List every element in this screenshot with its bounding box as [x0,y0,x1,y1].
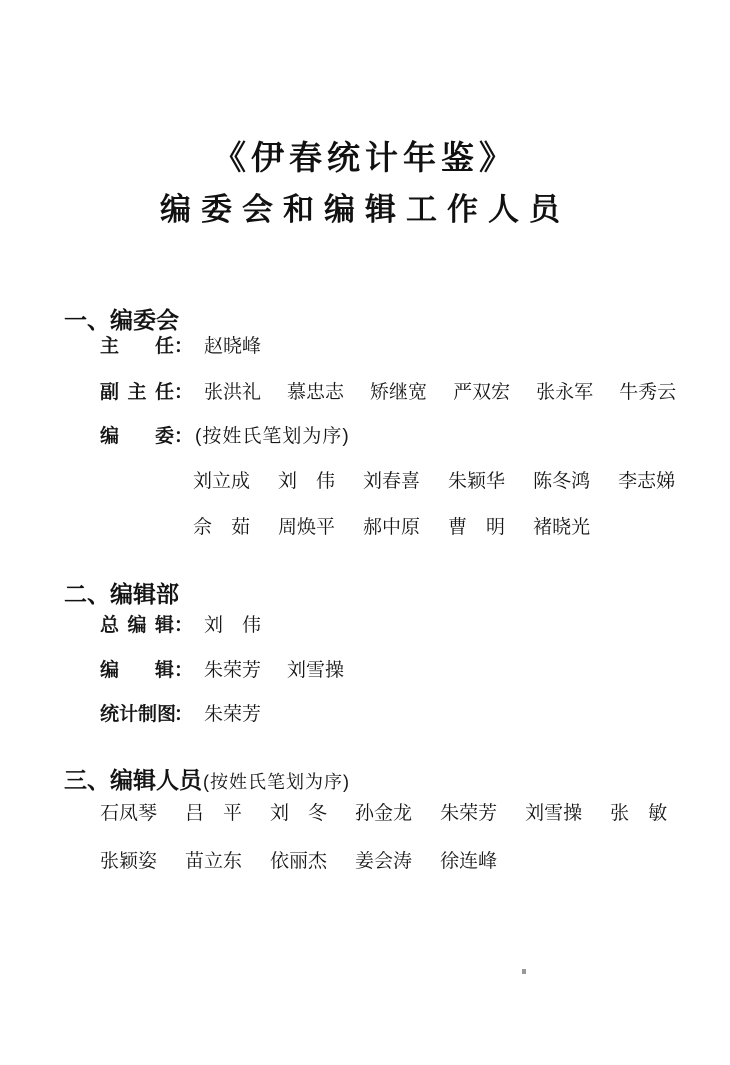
section-heading-editing-staff: 三、编辑人员 (按姓氏笔划为序) [64,762,350,795]
row-chief-editor: 总编辑： 刘 伟 [100,610,261,637]
row-director: 主任： 赵晓峰 [100,331,261,358]
person-name: 朱荣芳 [204,655,261,682]
colon: ： [174,331,193,358]
sorting-note: (按姓氏笔划为序) [195,421,350,448]
row-label: 主任 [100,331,174,358]
section-heading-editing-dept: 二、编辑部 [64,576,179,609]
name-list: 张洪礼慕忠志矫继宽严双宏张永军牛秀云 [204,377,676,404]
person-name: 石凤琴 [100,798,157,825]
name-list: 赵晓峰 [204,331,261,358]
person-name: 依丽杰 [270,846,327,873]
row-label: 编辑 [100,655,174,682]
person-name: 姜会涛 [355,846,412,873]
person-name: 刘 冬 [270,798,327,825]
person-name: 张洪礼 [204,377,261,404]
person-name: 郝中原 [363,512,420,539]
row-editors: 编辑： 朱荣芳刘雪操 [100,655,344,682]
row-label: 副主任 [100,377,174,404]
person-name: 陈冬鸿 [533,466,590,493]
person-name: 佘 茹 [193,512,250,539]
colon: ： [174,421,193,448]
title-line-2: 编委会和编辑工作人员 [0,191,730,228]
section-heading-text: 三、编辑人员 [64,762,202,795]
person-name: 刘春喜 [363,466,420,493]
person-name: 刘雪操 [287,655,344,682]
colon: ： [174,655,193,682]
person-name: 孙金龙 [355,798,412,825]
title-line-1: 《伊春统计年鉴》 [0,140,730,180]
person-name: 严双宏 [453,377,510,404]
person-name: 牛秀云 [619,377,676,404]
person-name: 刘立成 [193,466,250,493]
person-name: 曹 明 [448,512,505,539]
person-name: 张 敏 [610,798,667,825]
person-name: 刘 伟 [204,610,261,637]
colon: ： [174,699,193,726]
person-name: 刘 伟 [278,466,335,493]
colon: ： [174,377,193,404]
person-name: 李志娣 [618,466,675,493]
person-name: 苗立东 [185,846,242,873]
person-name: 褚晓光 [533,512,590,539]
row-label: 统计制图 [100,699,174,726]
page-title: 《伊春统计年鉴》 编委会和编辑工作人员 [0,140,730,228]
scan-speck [522,969,526,974]
row-deputy-directors: 副主任： 张洪礼慕忠志矫继宽严双宏张永军牛秀云 [100,377,676,404]
person-name: 慕忠志 [287,377,344,404]
person-name: 张永军 [536,377,593,404]
person-name: 徐连峰 [440,846,497,873]
person-name: 刘雪操 [525,798,582,825]
name-list: 刘 伟 [204,610,261,637]
person-name: 朱荣芳 [440,798,497,825]
row-statistical-charting: 统计制图： 朱荣芳 [100,699,261,726]
staff-name-list-2: 张颖姿苗立东依丽杰姜会涛徐连峰 [100,846,497,873]
row-label: 编委 [100,421,174,448]
person-name: 吕 平 [185,798,242,825]
person-name: 张颖姿 [100,846,157,873]
committee-name-list-2: 佘 茹周焕平郝中原曹 明褚晓光 [193,512,590,539]
person-name: 周焕平 [278,512,335,539]
person-name: 朱颖华 [448,466,505,493]
person-name: 矫继宽 [370,377,427,404]
name-list: 朱荣芳刘雪操 [204,655,344,682]
person-name: 赵晓峰 [204,331,261,358]
name-list: 朱荣芳 [204,699,261,726]
section-heading-text: 二、编辑部 [64,576,179,609]
colon: ： [174,610,193,637]
sorting-note: (按姓氏笔划为序) [203,768,350,794]
committee-name-list-1: 刘立成刘 伟刘春喜朱颖华陈冬鸿李志娣 [193,466,675,493]
person-name: 朱荣芳 [204,699,261,726]
row-label: 总编辑 [100,610,174,637]
row-committee-members: 编委： (按姓氏笔划为序) [100,421,350,448]
yearbook-editorial-page: 《伊春统计年鉴》 编委会和编辑工作人员 一、编委会 主任： 赵晓峰 副主任： 张… [0,0,730,1065]
staff-name-list-1: 石凤琴吕 平刘 冬孙金龙朱荣芳刘雪操张 敏 [100,798,667,825]
